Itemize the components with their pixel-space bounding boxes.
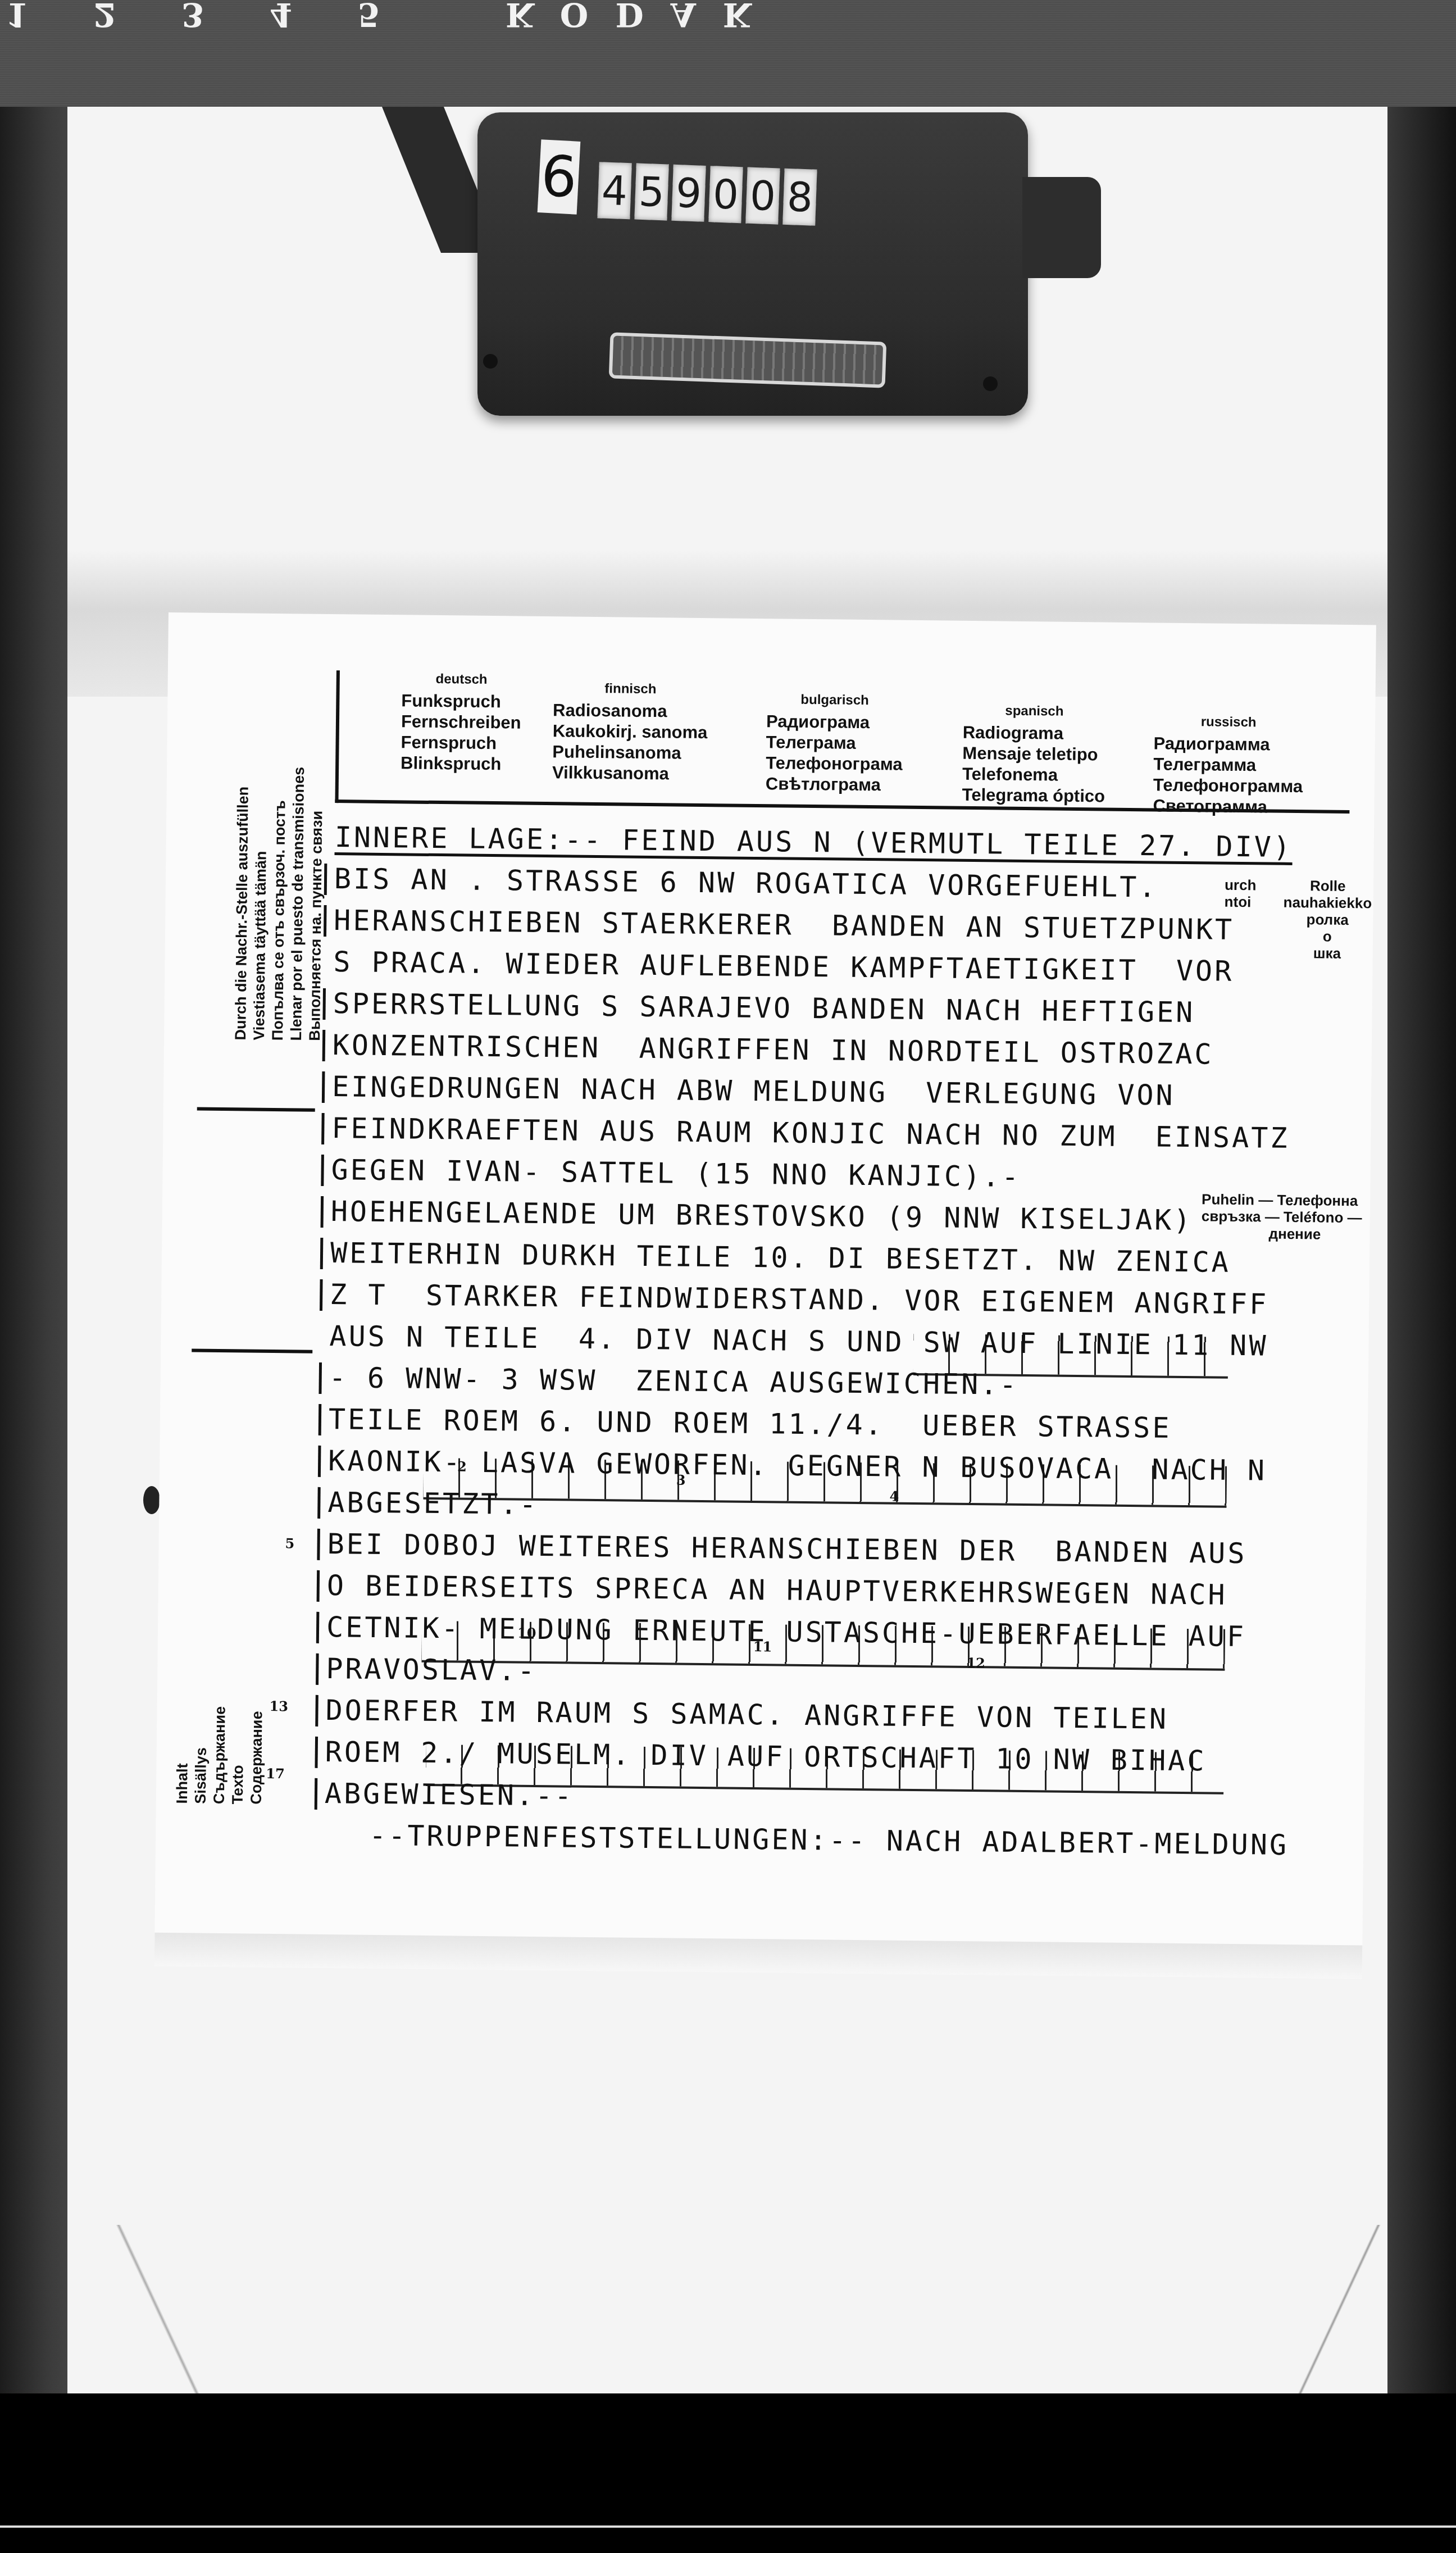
instruction-fi: Viestiasema täyttää tämän bbox=[250, 760, 271, 1041]
line-text: Z T STARKER FEINDWIDERSTAND. VOR EIGENEM… bbox=[330, 1278, 1269, 1320]
term: Телеграма bbox=[766, 732, 903, 754]
line-text: EINGEDRUNGEN NACH ABW MELDUNG VERLEGUNG … bbox=[332, 1070, 1175, 1112]
term: Radiograma bbox=[963, 722, 1106, 744]
term: Telegrama óptico bbox=[962, 784, 1105, 807]
film-edge-top: 1 2 3 4 5 KODAK bbox=[0, 0, 1456, 107]
margin-content-label: Inhalt Sisällys Съдържание Texto Содержа… bbox=[173, 1601, 254, 1804]
term: Funkspruch bbox=[401, 690, 521, 712]
line-text: DOERFER IM RAUM S SAMAC. ANGRIFFE VON TE… bbox=[325, 1694, 1168, 1736]
line-text: ROEM 2./ MUSELM. DIV AUF ORTSCHAFT 10 NW… bbox=[325, 1736, 1206, 1777]
counter-digit: 9 bbox=[671, 165, 706, 222]
term: Radiosanoma bbox=[553, 699, 708, 722]
term: Fernschreiben bbox=[401, 711, 521, 733]
counter-digit: 0 bbox=[708, 166, 743, 223]
paper-corner-fold bbox=[1270, 2225, 1399, 2416]
counter-digits: 4 5 9 0 0 8 bbox=[597, 162, 817, 225]
paper-corner-fold bbox=[79, 2225, 247, 2416]
film-edge-bottom bbox=[0, 2393, 1456, 2553]
lang-col-russisch: russisch Радиограмма Телеграмма Телефоно… bbox=[1153, 714, 1303, 817]
counter-knob bbox=[1022, 177, 1101, 278]
line-number: 13 bbox=[269, 1698, 288, 1714]
screw-icon bbox=[483, 354, 498, 369]
instruction-de: Durch die Nachr.-Stelle auszufüllen bbox=[231, 759, 253, 1040]
term: Свѣтлограма bbox=[766, 773, 903, 796]
term: Радиограма bbox=[766, 711, 903, 733]
lang-col-bulgarisch: bulgarisch Радиограма Телеграма Телефоно… bbox=[766, 692, 903, 796]
line-text: - 6 WNW- 3 WSW ZENICA AUSGEWICHEN.- bbox=[329, 1361, 1018, 1401]
teletype-message: INNERE LAGE:-- FEIND AUS N (VERMUTL TEIL… bbox=[324, 816, 1346, 1866]
term: Телеграмма bbox=[1153, 753, 1303, 776]
lang-name: deutsch bbox=[402, 671, 522, 688]
line-text: CETNIK- MELDUNG ERNEUTE USTASCHE-UEBERFA… bbox=[326, 1611, 1246, 1653]
line-text: --TRUPPENFESTSTELLUNGEN:-- NACH ADALBERT… bbox=[369, 1819, 1289, 1861]
counter-digit: 5 bbox=[634, 163, 668, 221]
content-label-ru: Содержание bbox=[247, 1602, 268, 1805]
film-border-left bbox=[0, 107, 79, 2393]
lang-name: spanisch bbox=[963, 703, 1106, 720]
term: Светограмма bbox=[1153, 795, 1303, 817]
line-text: KAONIK- LASVA GEWORFEN. GEGNER N BUSOVAC… bbox=[328, 1444, 1267, 1487]
line-text: INNERE LAGE:-- FEIND AUS N (VERMUTL TEIL… bbox=[335, 821, 1293, 864]
form-rule bbox=[192, 1349, 312, 1353]
term: Mensaje teletipo bbox=[962, 743, 1105, 765]
line-text: TEILE ROEM 6. UND ROEM 11./4. UEBER STRA… bbox=[329, 1403, 1172, 1444]
line-text: AUS N TEILE 4. DIV NACH S UND SW AUF LIN… bbox=[329, 1320, 1268, 1362]
film-edge-marking: 1 2 3 4 5 bbox=[6, 0, 407, 34]
content-label-bg: Съдържание bbox=[210, 1602, 231, 1804]
message-type-header: deutsch Funkspruch Fernschreiben Fernspr… bbox=[335, 670, 1350, 814]
term: Telefonema bbox=[962, 764, 1105, 786]
line-text: S PRACA. WIEDER AUFLEBENDE KAMPFTAETIGKE… bbox=[333, 946, 1234, 988]
line-text: WEITERHIN DURKH TEILE 10. DI BESETZT. NW… bbox=[330, 1237, 1231, 1279]
term: Puhelinsanoma bbox=[552, 741, 707, 764]
line-text: BEI DOBOJ WEITERES HERANSCHIEBEN DER BAN… bbox=[327, 1528, 1246, 1570]
line-text: ABGESETZT.- bbox=[327, 1486, 539, 1521]
line-number: 17 bbox=[266, 1765, 285, 1782]
term: Телефонограма bbox=[766, 752, 903, 775]
instruction-es: Llenar por el puesto de transmisiones bbox=[287, 760, 308, 1041]
punch-hole bbox=[143, 1486, 160, 1514]
film-border-right bbox=[1383, 107, 1456, 2393]
lang-name: russisch bbox=[1154, 714, 1304, 731]
counter-digit: 8 bbox=[782, 169, 817, 226]
line-text: PRAVOSLAV.- bbox=[326, 1652, 537, 1687]
telegram-form: Durch die Nachr.-Stelle auszufüllen Vies… bbox=[154, 612, 1376, 1973]
line-text: BIS AN . STRASSE 6 NW ROGATICA VORGEFUEH… bbox=[334, 862, 1158, 903]
line-number: 5 bbox=[285, 1535, 295, 1551]
line-text: FEINDKRAEFTEN AUS RAUM KONJIC NACH NO ZU… bbox=[331, 1112, 1290, 1155]
term: Vilkkusanoma bbox=[552, 762, 707, 784]
line-text: ABGEWIESEN.-- bbox=[325, 1777, 574, 1812]
term: Радиограмма bbox=[1153, 733, 1303, 755]
line-text: SPERRSTELLUNG S SARAJEVO BANDEN NACH HEF… bbox=[333, 987, 1195, 1029]
term: Fernspruch bbox=[401, 732, 521, 753]
term: Blinkspruch bbox=[401, 752, 521, 774]
line-text: KONZENTRISCHEN ANGRIFFEN IN NORDTEIL OST… bbox=[333, 1029, 1214, 1070]
content-label-es: Texto bbox=[229, 1602, 249, 1804]
lang-name: finnisch bbox=[553, 680, 708, 698]
frame-prefix-card: 6 bbox=[538, 139, 581, 214]
line-text: HERANSCHIEBEN STAERKERER BANDEN AN STUET… bbox=[334, 904, 1234, 946]
content-label-de: Inhalt bbox=[173, 1601, 194, 1804]
instruction-bg: Попълва се отъ свързоч. постъ bbox=[269, 760, 290, 1041]
lang-name: bulgarisch bbox=[766, 692, 903, 709]
film-edge-line bbox=[0, 2525, 1456, 2528]
term: Телефонограмма bbox=[1153, 774, 1303, 797]
film-edge-marking: KODAK bbox=[506, 0, 778, 34]
lang-col-deutsch: deutsch Funkspruch Fernschreiben Fernspr… bbox=[401, 671, 522, 774]
form-rule bbox=[197, 1107, 315, 1112]
counter-digit: 0 bbox=[745, 167, 780, 224]
lang-col-finnisch: finnisch Radiosanoma Kaukokirj. sanoma P… bbox=[552, 680, 708, 784]
content-label-fi: Sisällys bbox=[192, 1602, 212, 1804]
term: Kaukokirj. sanoma bbox=[553, 720, 708, 743]
lang-col-spanisch: spanisch Radiograma Mensaje teletipo Tel… bbox=[962, 703, 1105, 807]
line-text: GEGEN IVAN- SATTEL (15 NNO KANJIC).- bbox=[331, 1153, 1021, 1193]
line-text: O BEIDERSEITS SPRECA AN HAUPTVERKEHRSWEG… bbox=[327, 1569, 1227, 1611]
screw-icon bbox=[983, 376, 998, 391]
line-text: HOEHENGELAENDE UM BRESTOVSKO (9 NNW KISE… bbox=[331, 1195, 1193, 1237]
counter-digit: 4 bbox=[597, 162, 631, 219]
counter-nameplate bbox=[609, 332, 887, 388]
